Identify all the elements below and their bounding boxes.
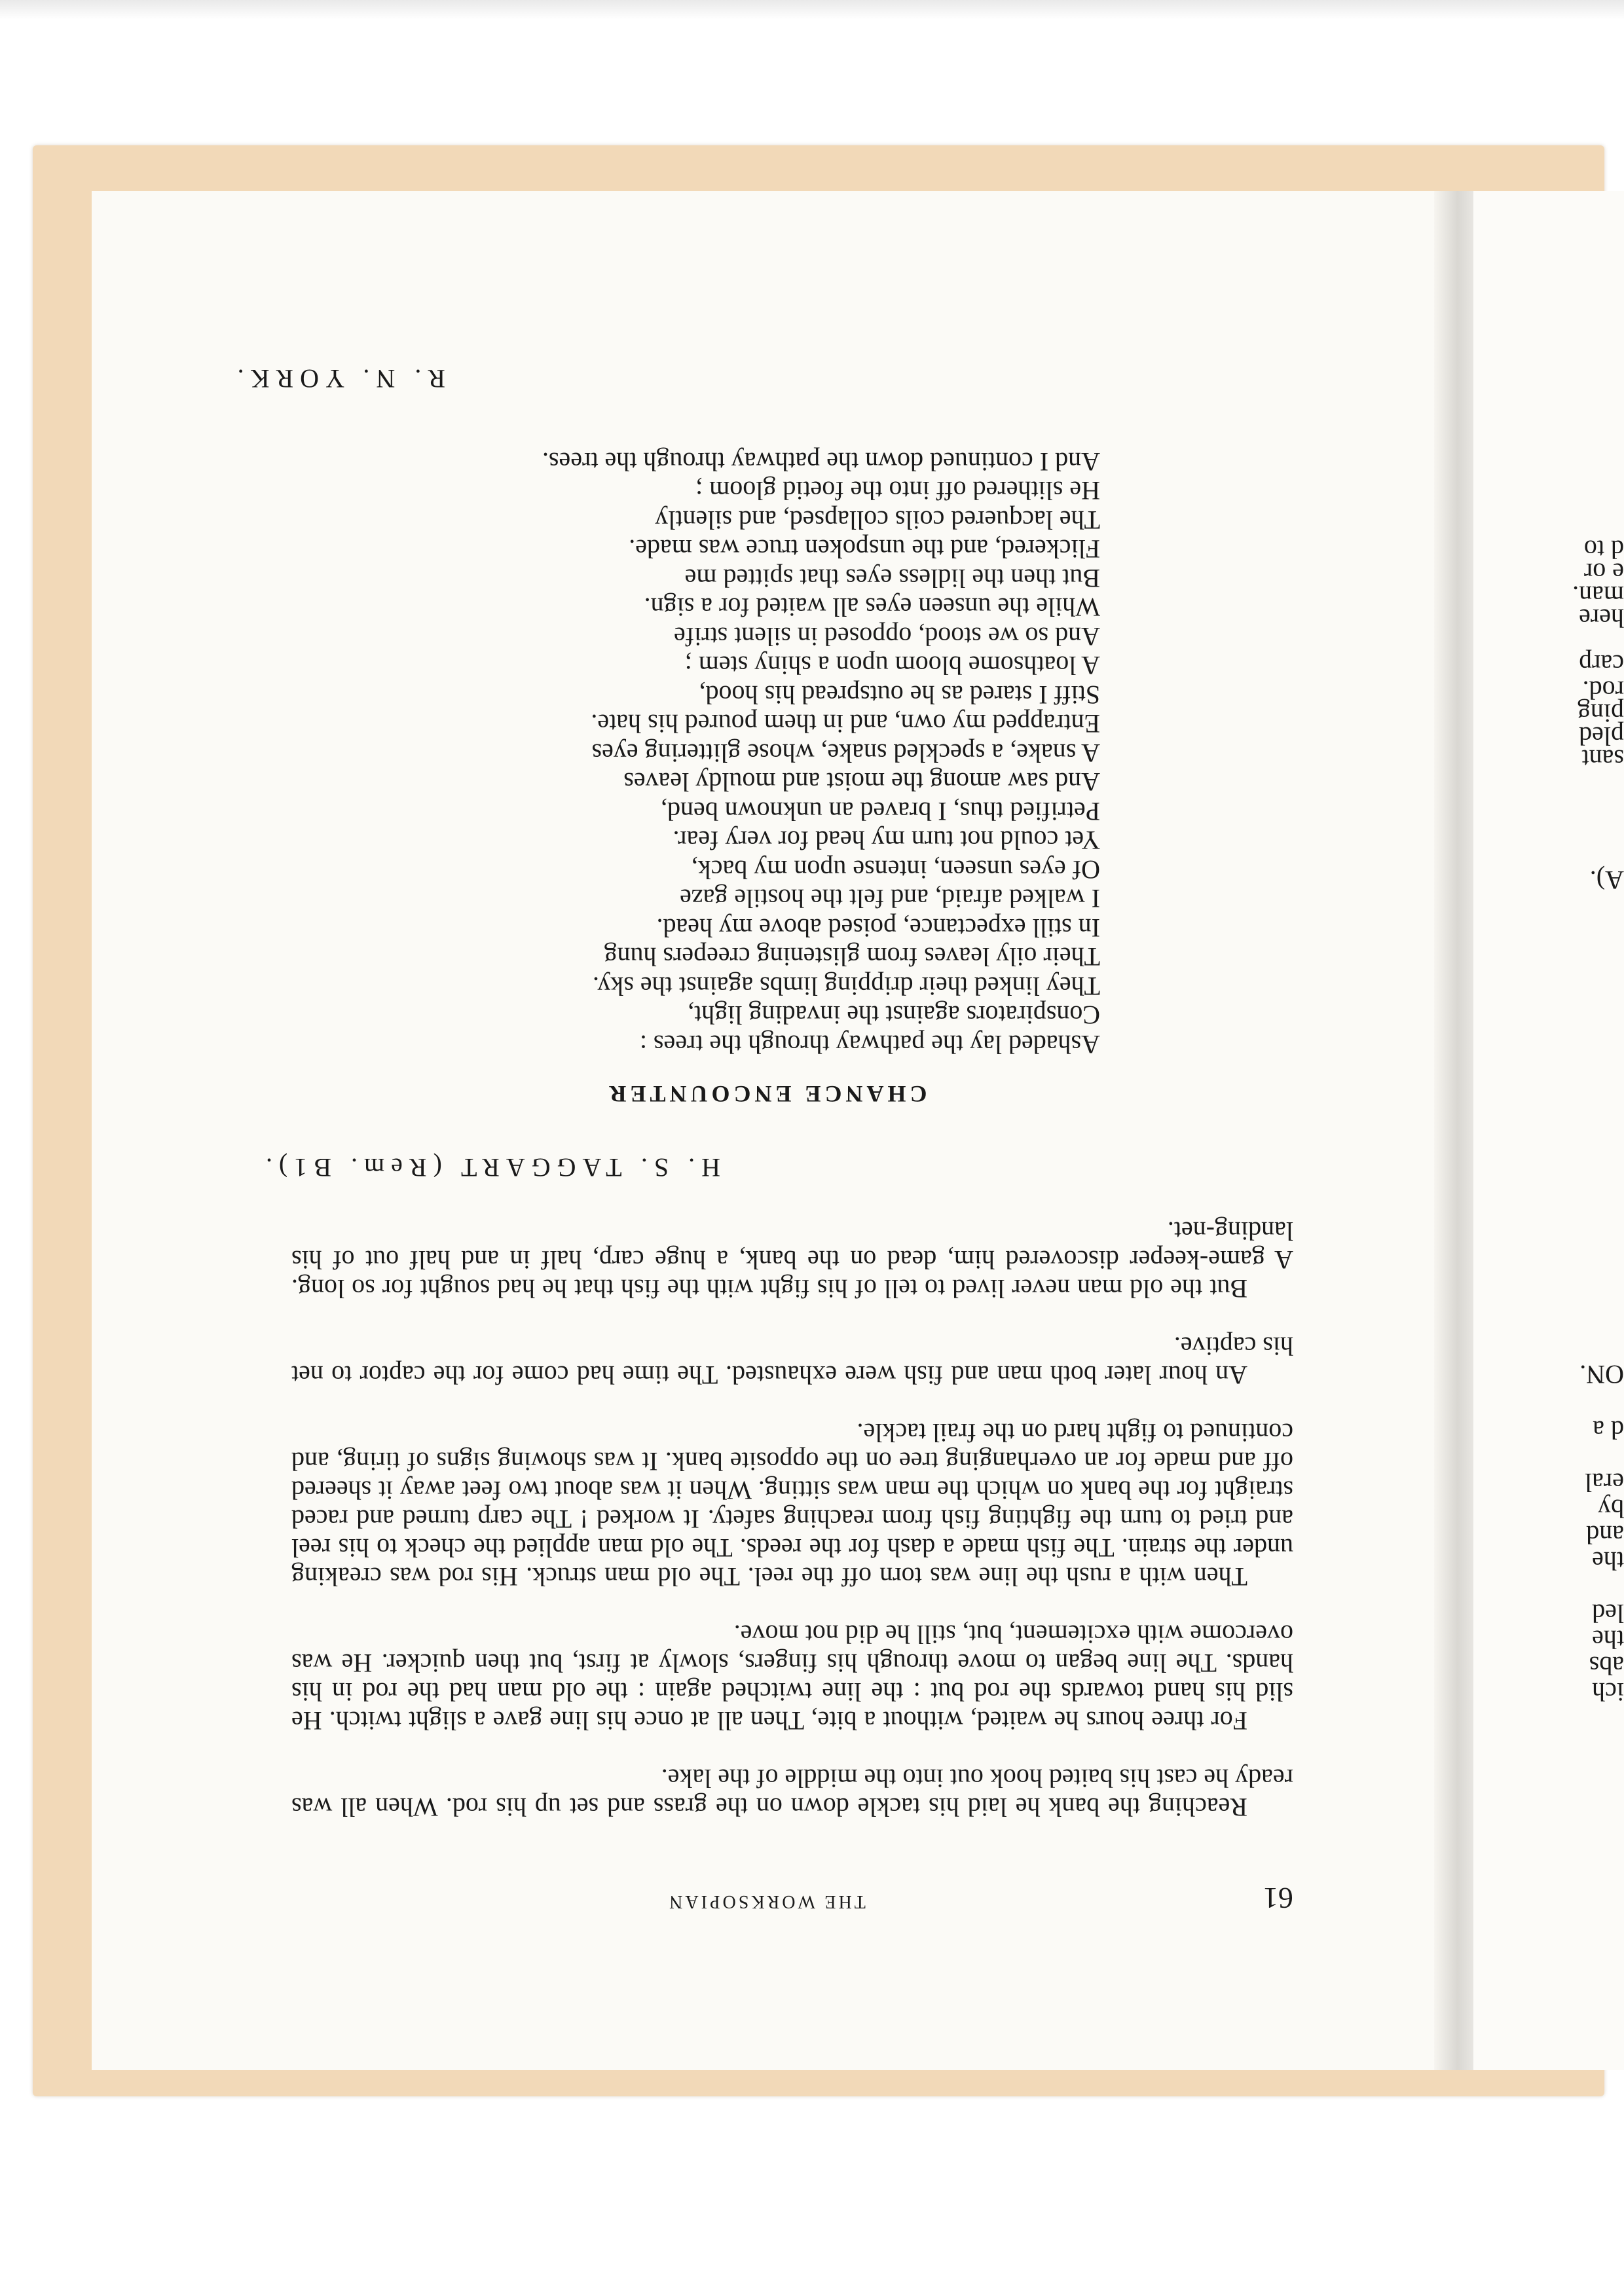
poem-line: Their oily leaves from glistening creepe… <box>542 942 1100 972</box>
poem-line: He slithered off into the foetid gloom ; <box>542 476 1100 505</box>
story-body: Reaching the bank he laid his tackle dow… <box>291 1188 1293 1821</box>
page-number: 61 <box>1263 1881 1293 1916</box>
facing-fragment: carp <box>1486 652 1624 676</box>
poem-line: Yet could not turn my head for very fear… <box>542 826 1100 855</box>
running-head: THE WORKSOPIAN <box>92 1891 1441 1912</box>
facing-fragment: d to <box>1486 538 1624 561</box>
facing-fragment: ich <box>1486 1680 1624 1704</box>
poem-line: A snake, a speckled snake, whose glitter… <box>542 738 1100 768</box>
facing-fragment: led <box>1486 1601 1624 1625</box>
poem-line: Stiff I stared as he outspread his hood, <box>542 680 1100 710</box>
facing-fragment: and <box>1486 1523 1624 1546</box>
poem-title: CHANCE ENCOUNTER <box>92 1080 1441 1108</box>
poem-line: I walked afraid, and felt the hostile ga… <box>542 884 1100 913</box>
scan-edge-shadow <box>0 0 1624 20</box>
facing-fragment: ON. <box>1486 1362 1624 1386</box>
poem-author: R. N. YORK. <box>231 363 445 394</box>
page-content-rotated: THE WORKSOPIAN 61 Reaching the bank he l… <box>92 191 1441 2070</box>
facing-fragment: eral <box>1486 1470 1624 1494</box>
poem-line: In still expectance, poised above my hea… <box>542 913 1100 943</box>
poem-line: While the unseen eyes all waited for a s… <box>542 592 1100 622</box>
book-gutter <box>1434 191 1473 2070</box>
poem-line: But then the lidless eyes that spitted m… <box>542 564 1100 593</box>
poem-line: Conspirators against the invading light, <box>542 1000 1100 1030</box>
poem-line: And I continued down the pathway through… <box>542 447 1100 477</box>
story-paragraph: For three hours he waited, without a bit… <box>291 1620 1293 1735</box>
story-paragraph: Then with a rush the line was torn off t… <box>291 1418 1293 1591</box>
facing-fragment: rod. <box>1486 678 1624 702</box>
poem-line: And so we stood, opposed in silent strif… <box>542 622 1100 651</box>
poem-line: They linked their dripping limbs against… <box>542 972 1100 1001</box>
story-paragraph: But the old man never lived to tell of h… <box>291 1216 1293 1303</box>
story-paragraph: An hour later both man and fish were exh… <box>291 1332 1293 1389</box>
poem-line: Of eyes unseen, intense upon my back, <box>542 855 1100 884</box>
poem-line: Flickered, and the unspoken truce was ma… <box>542 534 1100 564</box>
story-author: H. S. TAGGART (Rem. B1). <box>259 1152 720 1183</box>
poem-line: Entrapped my own, and in them poured his… <box>542 709 1100 738</box>
facing-fragment: d a <box>1486 1418 1624 1442</box>
facing-page-edge: ich abs the led the and by eral d a ON. … <box>1473 191 1624 2070</box>
facing-page-text-rotated: ich abs the led the and by eral d a ON. … <box>1473 191 1624 2070</box>
story-paragraph: Reaching the bank he laid his tackle dow… <box>291 1764 1293 1821</box>
poem-line: And saw among the moist and mouldy leave… <box>542 767 1100 797</box>
poem-line: Petrified thus, I braved an unknown bend… <box>542 797 1100 826</box>
poem-line: Ashaded lay the pathway through the tree… <box>542 1030 1100 1059</box>
facing-fragment: the <box>1486 1549 1624 1573</box>
poem-line: The lacquered coils collapsed, and silen… <box>542 505 1100 535</box>
poem-line: A loathsome bloom upon a shiny stem ; <box>542 651 1100 680</box>
facing-fragment: A). <box>1486 868 1624 892</box>
facing-fragment: the <box>1486 1628 1624 1651</box>
facing-fragment: by <box>1486 1497 1624 1520</box>
facing-fragment: abs <box>1486 1654 1624 1677</box>
poem-body: Ashaded lay the pathway through the tree… <box>542 447 1100 1059</box>
left-page: THE WORKSOPIAN 61 Reaching the bank he l… <box>92 191 1441 2070</box>
